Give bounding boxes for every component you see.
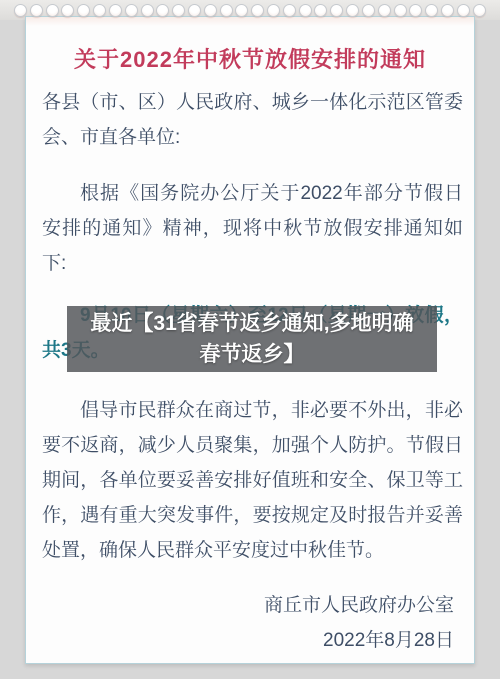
ring-icon <box>46 4 59 17</box>
binder-rings-decoration <box>14 4 486 17</box>
ring-icon <box>409 4 422 17</box>
notice-salutation: 各县（市、区）人民政府、城乡一体化示范区管委会、市直各单位: <box>42 85 463 155</box>
ring-icon <box>299 4 312 17</box>
ring-icon <box>251 4 264 17</box>
ring-icon <box>141 4 154 17</box>
ring-icon <box>473 4 486 17</box>
ring-icon <box>330 4 343 17</box>
notice-paragraph-basis: 根据《国务院办公厅关于2022年部分节假日安排的通知》精神，现将中秋节放假安排通… <box>42 176 463 281</box>
ring-icon <box>30 4 43 17</box>
ring-icon <box>14 4 27 17</box>
ring-icon <box>220 4 233 17</box>
ring-icon <box>125 4 138 17</box>
notice-title: 关于2022年中秋节放假安排的通知 <box>26 43 474 74</box>
ring-icon <box>394 4 407 17</box>
ring-icon <box>362 4 375 17</box>
ring-icon <box>425 4 438 17</box>
ring-icon <box>346 4 359 17</box>
ring-icon <box>283 4 296 17</box>
ring-icon <box>378 4 391 17</box>
headline-overlay-caption: 最近【31省春节返乡通知,多地明确春节返乡】 <box>67 306 437 372</box>
ring-icon <box>267 4 280 17</box>
notice-photo: 关于2022年中秋节放假安排的通知 各县（市、区）人民政府、城乡一体化示范区管委… <box>0 0 500 679</box>
ring-icon <box>441 4 454 17</box>
ring-icon <box>204 4 217 17</box>
ring-icon <box>61 4 74 17</box>
notice-paragraph-advice: 倡导市民群众在商过节，非必要不外出，非必要不返商，减少人员聚集，加强个人防护。节… <box>42 393 463 568</box>
issuer-signature-block: 商丘市人民政府办公室 2022年8月28日 <box>264 588 454 658</box>
issue-date: 2022年8月28日 <box>264 623 454 658</box>
ring-icon <box>109 4 122 17</box>
ring-icon <box>172 4 185 17</box>
ring-icon <box>188 4 201 17</box>
ring-icon <box>314 4 327 17</box>
ring-icon <box>156 4 169 17</box>
ring-icon <box>77 4 90 17</box>
ring-icon <box>93 4 106 17</box>
ring-icon <box>457 4 470 17</box>
ring-icon <box>235 4 248 17</box>
issuer-name: 商丘市人民政府办公室 <box>264 588 454 623</box>
